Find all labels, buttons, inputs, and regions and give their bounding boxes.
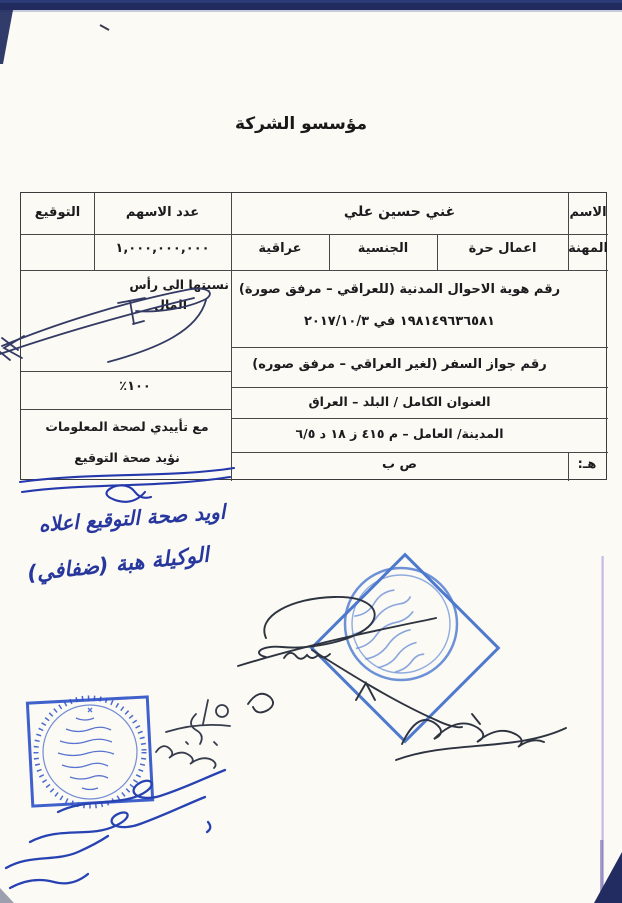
- endorsement-line2: نؤيد صحة التوقيع: [39, 450, 215, 466]
- founders-table: التوقيع عدد الاسهم غني حسين علي الاسم ١,…: [20, 192, 607, 480]
- civil-id-number: ١٩٨١٤٩٦٣٦٥٨١ في ٢٠١٧/١٠/٣: [231, 314, 568, 330]
- endorsement-line1: مع تأييدي لصحة المعلومات: [29, 419, 225, 435]
- stamp-illegible-text: [339, 582, 441, 684]
- capital-ratio-label-line2: المال: [139, 297, 187, 313]
- table-line: [21, 234, 608, 235]
- profession-value: اعمال حرة: [437, 241, 568, 257]
- handwritten-note-line1: اويد صحة التوقيع اعلاه: [7, 497, 256, 538]
- page-title: مؤسسو الشركة: [220, 114, 382, 134]
- handwritten-numeral-eight: [356, 683, 375, 700]
- shares-value: ١,٠٠٠,٠٠٠,٠٠٠: [94, 241, 231, 257]
- civil-id-caption: رقم هوية الاحوال المدنية (للعراقي – مرفق…: [231, 282, 568, 298]
- stamp-illegible-text: [58, 708, 114, 790]
- shares-column-header: عدد الاسهم: [94, 205, 231, 221]
- registry-square-stamp: [27, 697, 152, 806]
- scan-edge-top: [0, 0, 622, 64]
- signature-column-header: التوقيع: [21, 205, 94, 221]
- table-line: [231, 418, 608, 419]
- capital-ratio-label-line1: نسبتها الى رأس: [41, 277, 229, 293]
- scan-corner-bottom-left: [0, 888, 14, 903]
- table-line: [231, 347, 608, 348]
- profession-label: المهنة: [568, 241, 608, 257]
- pobox-value: ص ب: [231, 457, 568, 473]
- nationality-value: عراقية: [231, 241, 329, 257]
- passport-caption: رقم جواز السفر (لغير العراقي – مرفق صوره…: [231, 357, 568, 373]
- scanned-document-page: مؤسسو الشركة التوقيع عدد الاسهم غني حسين…: [0, 0, 622, 903]
- notary-diamond-stamp: [312, 555, 499, 742]
- scan-edge-right: [0, 556, 622, 903]
- table-line: [231, 387, 608, 388]
- phone-label: هـ:: [568, 457, 606, 473]
- bottom-left-signature: [6, 770, 225, 888]
- table-line: [231, 452, 608, 453]
- founder-name-value: غني حسين علي: [231, 204, 568, 222]
- table-line: [21, 371, 231, 372]
- scan-corner-bottom-right: [594, 852, 622, 903]
- pen-signature-right: [402, 720, 544, 747]
- table-line: [21, 270, 608, 271]
- pen-tick-mark: [100, 25, 109, 30]
- city-row: المدينة/ العامل – م ٤١٥ ز ١٨ د ٦/٥: [231, 426, 568, 442]
- capital-ratio-percent: ٪١٠٠: [103, 379, 167, 395]
- pen-signature-center: [238, 597, 566, 760]
- date-annotation-scrawl: [156, 700, 230, 768]
- address-row: العنوان الكامل / البلد – العراق: [231, 394, 568, 410]
- scan-edge-left-wedge: [0, 10, 13, 64]
- nationality-label: الجنسية: [329, 241, 437, 257]
- table-line: [21, 409, 231, 410]
- stamp-scalloped-ring: [36, 698, 144, 806]
- name-label: الاسم: [568, 205, 608, 221]
- handwritten-note-line2: الوكيلة هبة (ضفافي): [1, 540, 234, 588]
